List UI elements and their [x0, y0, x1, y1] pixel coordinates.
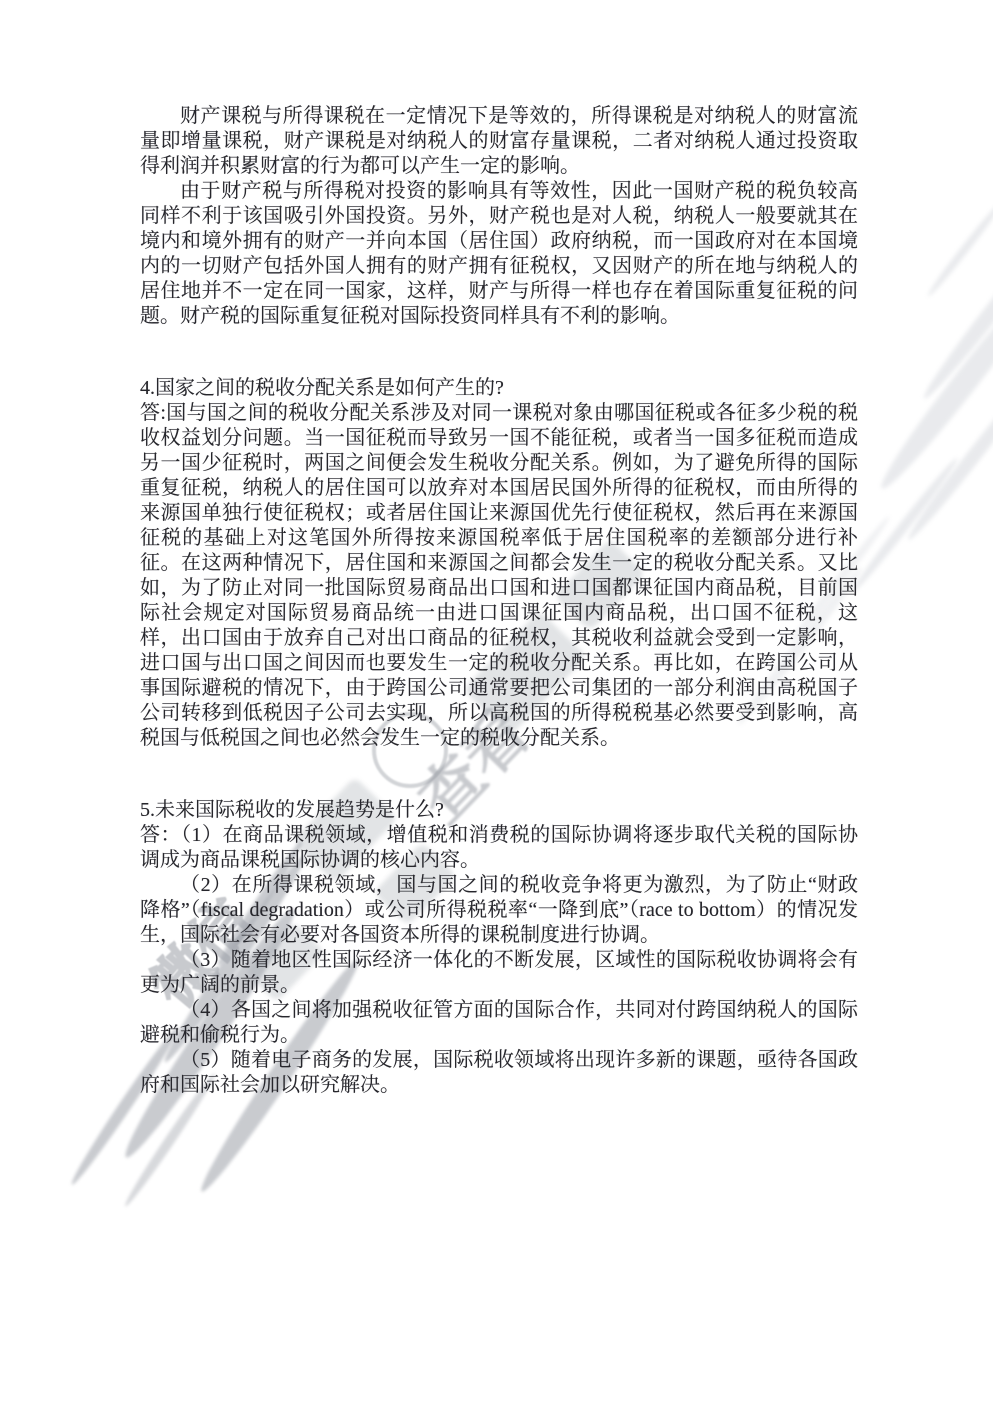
document-page: 查看 微信 财产课税与所得课税在一定情况下是等效的，所得课税是对纳税人的财富流量…: [0, 0, 993, 1404]
document-body: 财产课税与所得课税在一定情况下是等效的，所得课税是对纳税人的财富流量即增量课税，…: [140, 104, 858, 1098]
watermark-streak: [925, 199, 993, 298]
watermark-streak: [872, 268, 993, 496]
answer-5-item-1: 答：（1）在商品课税领域，增值税和消费税的国际协调将逐步取代关税的国际协调成为商…: [140, 823, 858, 873]
answer-5-item-4: （4）各国之间将加强税收征管方面的国际合作，共同对付跨国纳税人的国际避税和偷税行…: [140, 998, 858, 1048]
paragraph-property-vs-income-tax: 财产课税与所得课税在一定情况下是等效的，所得课税是对纳税人的财富流量即增量课税，…: [140, 104, 858, 179]
answer-paragraph-4: 答:国与国之间的税收分配关系涉及对同一课税对象由哪国征税或各征多少税的税收权益划…: [140, 401, 858, 751]
question-heading-5: 5.未来国际税收的发展趋势是什么?: [140, 798, 858, 823]
paragraph-property-tax-effects: 由于财产税与所得税对投资的影响具有等效性，因此一国财产税的税负较高同样不利于该国…: [140, 179, 858, 329]
answer-5-item-3: （3）随着地区性国际经济一体化的不断发展，区域性的国际税收协调将会有更为广阔的前…: [140, 948, 858, 998]
watermark-streak: [903, 370, 993, 544]
watermark-streak: [918, 212, 993, 403]
answer-5-item-2: （2）在所得课税领域，国与国之间的税收竞争将更为激烈，为了防止“财政降格”（fi…: [140, 873, 858, 948]
watermark-streak: [849, 455, 962, 595]
answer-5-item-5: （5）随着电子商务的发展，国际税收领域将出现许多新的课题，亟待各国政府和国际社会…: [140, 1048, 858, 1098]
question-heading-4: 4.国家之间的税收分配关系是如何产生的?: [140, 376, 858, 401]
